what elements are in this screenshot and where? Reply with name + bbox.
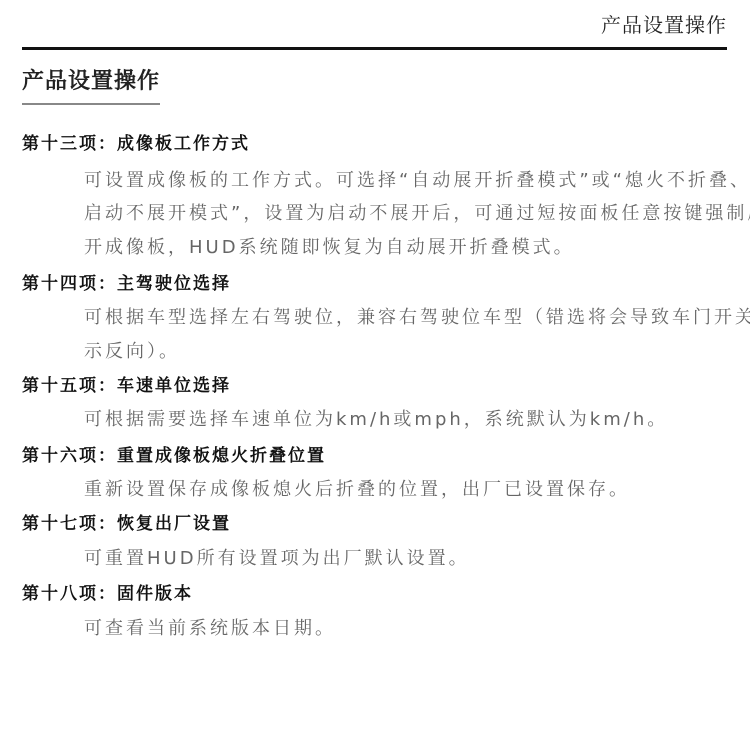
section-title: 产品设置操作: [22, 66, 160, 98]
section-title-underline: [22, 103, 160, 105]
item-text-16-line-1: 重新设置保存成像板熄火后折叠的位置，出厂已设置保存。: [84, 478, 630, 502]
item-heading-17: 第十七项：恢复出厂设置: [22, 512, 231, 536]
item-heading-14: 第十四项：主驾驶位选择: [22, 272, 231, 296]
item-text-13-line-2: 启动不展开模式”，设置为启动不展开后，可通过短按面板任意按键强制展: [84, 202, 750, 226]
item-heading-16: 第十六项：重置成像板熄火折叠位置: [22, 444, 326, 468]
item-heading-15: 第十五项：车速单位选择: [22, 374, 231, 398]
page-header-title: 产品设置操作: [601, 10, 727, 40]
item-text-13-line-1: 可设置成像板的工作方式。可选择“自动展开折叠模式”或“熄火不折叠、: [84, 169, 750, 193]
item-heading-18: 第十八项：固件版本: [22, 582, 193, 606]
header-divider: [22, 47, 727, 50]
item-text-14-line-1: 可根据车型选择左右驾驶位，兼容右驾驶位车型（错选将会导致车门开关提: [84, 306, 750, 330]
item-text-13-line-3: 开成像板，HUD系统随即恢复为自动展开折叠模式。: [84, 236, 575, 260]
item-heading-13: 第十三项：成像板工作方式: [22, 132, 250, 156]
item-text-14-line-2: 示反向）。: [84, 340, 180, 364]
item-text-18-line-1: 可查看当前系统版本日期。: [84, 617, 336, 641]
item-text-15-line-1: 可根据需要选择车速单位为km/h或mph，系统默认为km/h。: [84, 408, 668, 432]
item-text-17-line-1: 可重置HUD所有设置项为出厂默认设置。: [84, 547, 470, 571]
